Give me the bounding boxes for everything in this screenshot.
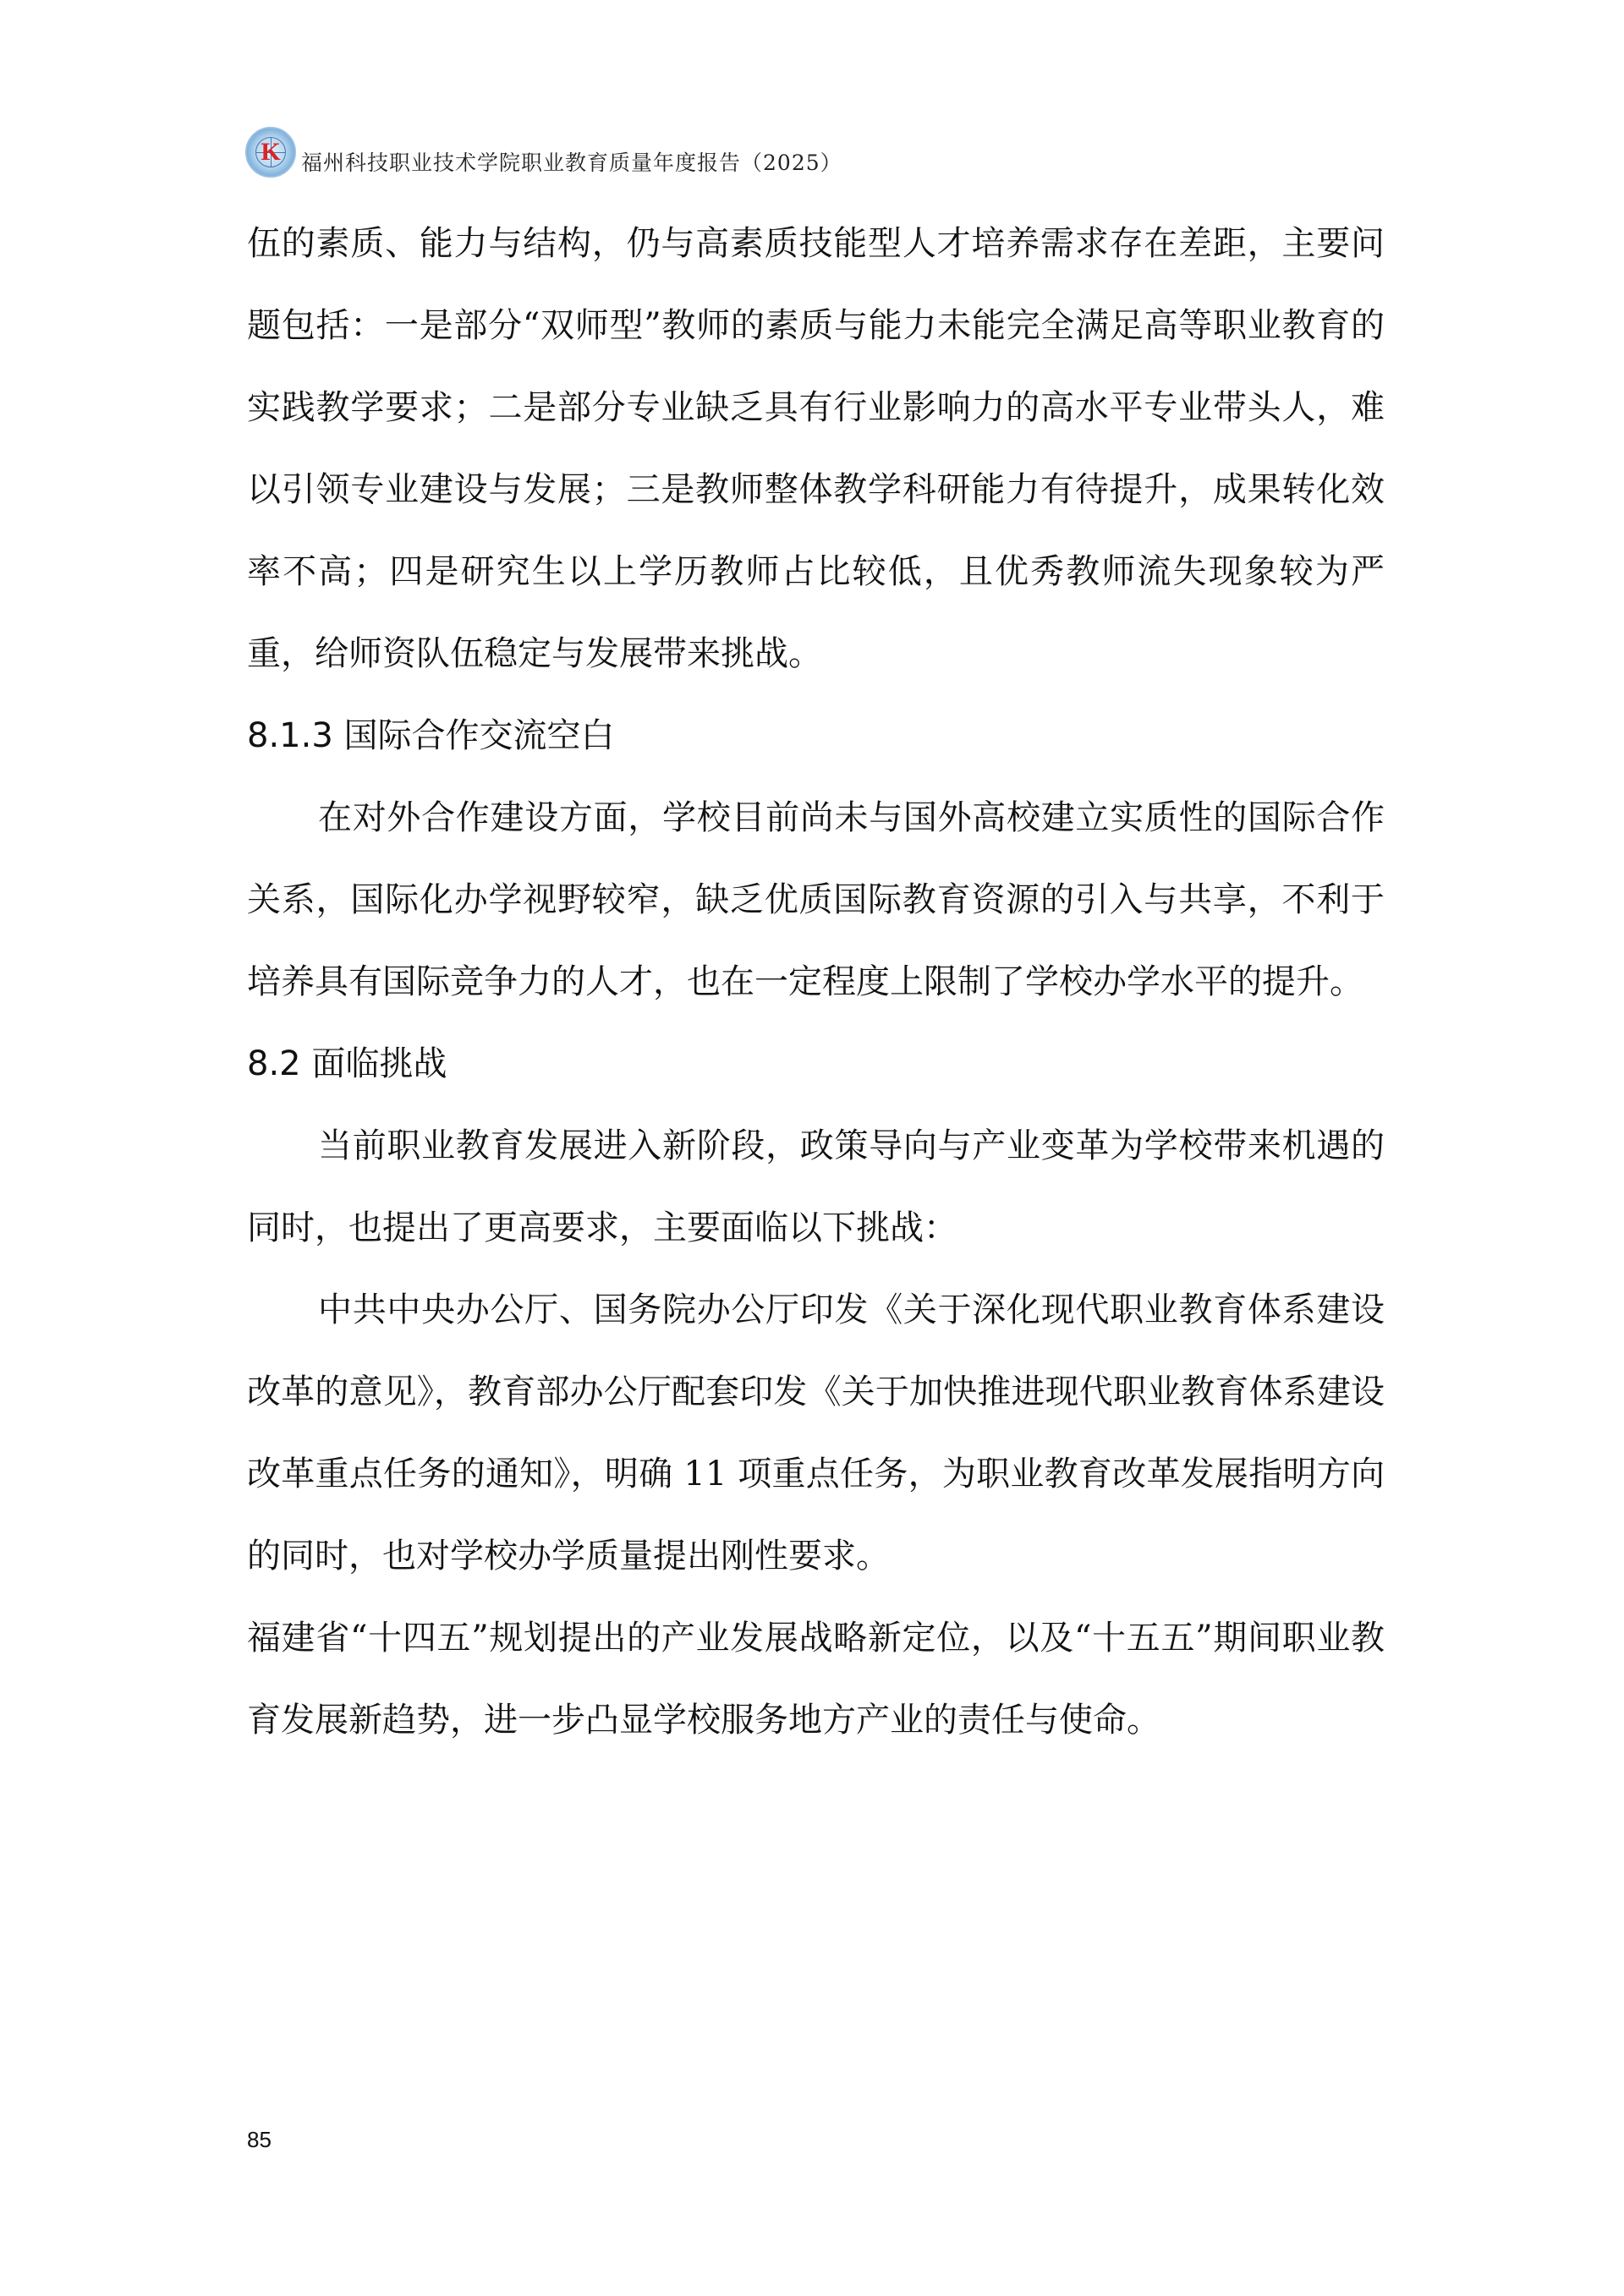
paragraph-faculty-issues: 伍的素质、能力与结构，仍与高素质技能型人才培养需求存在差距，主要问题包括：一是部… — [247, 203, 1385, 695]
page-number: 85 — [247, 2127, 272, 2153]
paragraph-fujian-plan: 福建省“十四五”规划提出的产业发展战略新定位，以及“十五五”期间职业教育发展新趋… — [247, 1597, 1385, 1762]
logo-letter: K — [247, 137, 294, 167]
paragraph-policy: 中共中央办公厅、国务院办公厅印发《关于深化现代职业教育体系建设改革的意见》，教育… — [247, 1269, 1385, 1597]
section-heading-8-1-3: 8.1.3 国际合作交流空白 — [247, 695, 1385, 777]
paragraph-challenges-intro: 当前职业教育发展进入新阶段，政策导向与产业变革为学校带来机遇的同时，也提出了更高… — [247, 1105, 1385, 1269]
section-heading-8-2: 8.2 面临挑战 — [247, 1023, 1385, 1105]
page-header: K 福州科技职业技术学院职业教育质量年度报告（2025） — [245, 118, 842, 178]
report-title: 福州科技职业技术学院职业教育质量年度报告（2025） — [301, 151, 842, 178]
college-emblem-icon: K — [245, 127, 296, 178]
paragraph-international-cooperation: 在对外合作建设方面，学校目前尚未与国外高校建立实质性的国际合作关系，国际化办学视… — [247, 777, 1385, 1023]
document-body: 伍的素质、能力与结构，仍与高素质技能型人才培养需求存在差距，主要问题包括：一是部… — [247, 203, 1385, 1762]
